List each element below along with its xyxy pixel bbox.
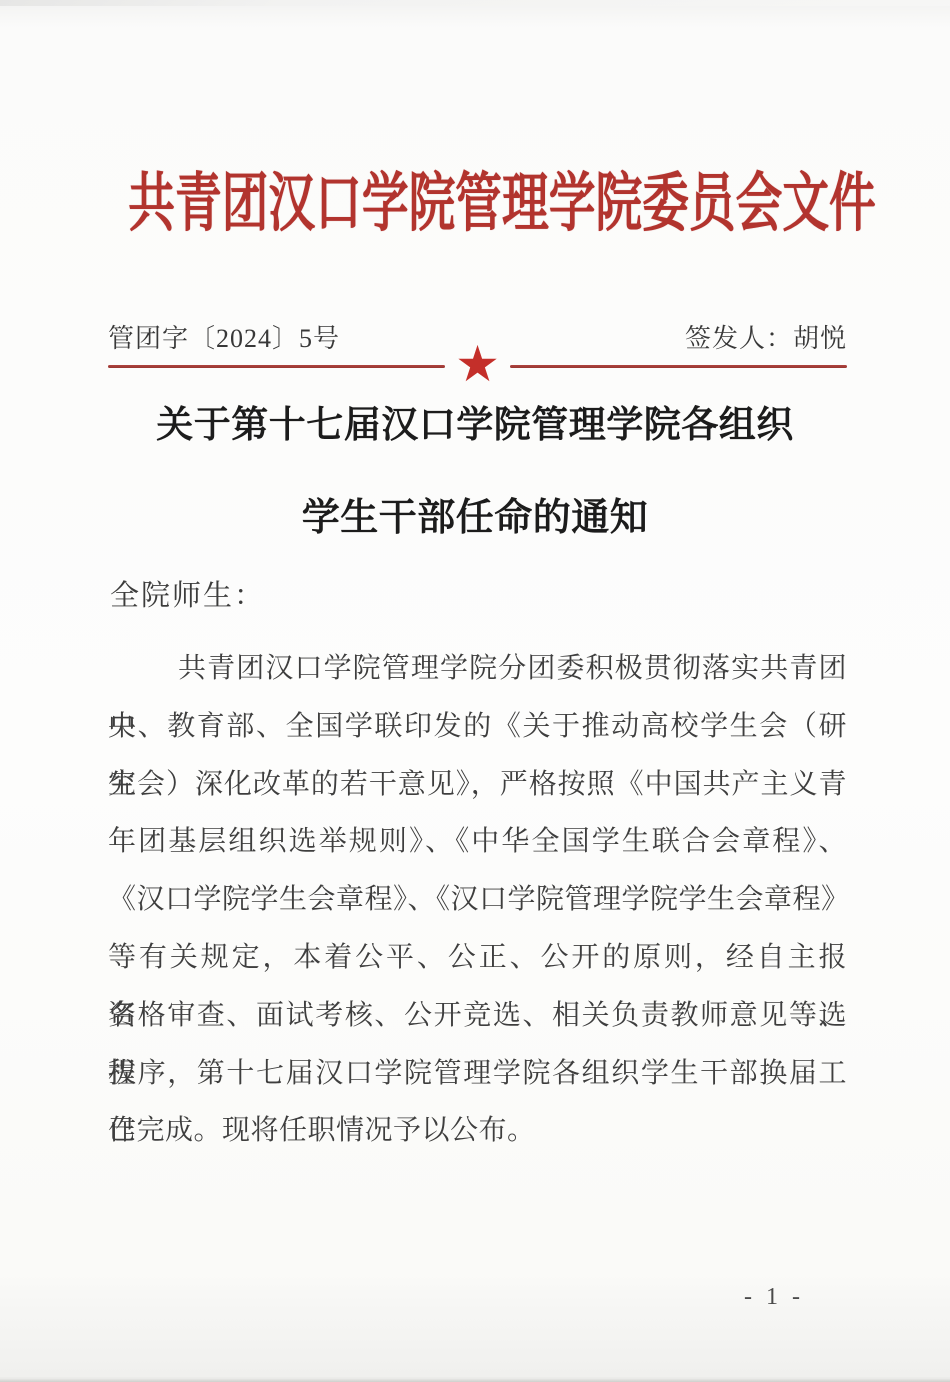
body-line: 生会）深化改革的若干意见》，严格按照《中国共产主义青 <box>108 756 847 814</box>
red-header-org-title: 共青团汉口学院管理学院委员会文件 <box>128 152 822 256</box>
body-paragraph: 共青团汉口学院管理学院分团委积极贯彻落实共青团中 央、教育部、全国学联印发的《关… <box>108 640 847 1160</box>
body-line: 已完成。现将任职情况予以公布。 <box>108 1102 847 1160</box>
divider-line-left <box>108 365 445 368</box>
body-line: 等有关规定，本着公平、公正、公开的原则，经自主报名、 <box>108 929 847 987</box>
body-line: 程序，第十七届汉口学院管理学院各组织学生干部换届工作 <box>108 1045 847 1103</box>
page-number: - 1 - <box>0 1284 950 1311</box>
divider-line-right <box>510 365 847 368</box>
scan-bottom-edge <box>0 1378 950 1382</box>
body-line: 年团基层组织选举规则》、《中华全国学生联合会章程》、 <box>108 813 847 871</box>
star-icon: ★ <box>455 339 500 393</box>
body-line: 资格审查、面试考核、公开竞选、相关负责教师意见等选拔 <box>108 987 847 1045</box>
red-divider: ★ <box>108 339 847 393</box>
salutation: 全院师生： <box>110 573 265 614</box>
document-page: 共青团汉口学院管理学院委员会文件 管团字〔2024〕5号 签发人：胡悦 ★ 关于… <box>0 0 950 1382</box>
body-line: 《汉口学院学生会章程》、《汉口学院管理学院学生会章程》 <box>108 871 847 929</box>
body-line: 央、教育部、全国学联印发的《关于推动高校学生会（研究 <box>108 698 847 756</box>
document-title-line-1: 关于第十七届汉口学院管理学院各组织 <box>0 394 950 448</box>
scan-top-edge <box>0 0 950 6</box>
document-title-line-2: 学生干部任命的通知 <box>0 486 950 541</box>
body-line: 共青团汉口学院管理学院分团委积极贯彻落实共青团中 <box>108 640 847 698</box>
